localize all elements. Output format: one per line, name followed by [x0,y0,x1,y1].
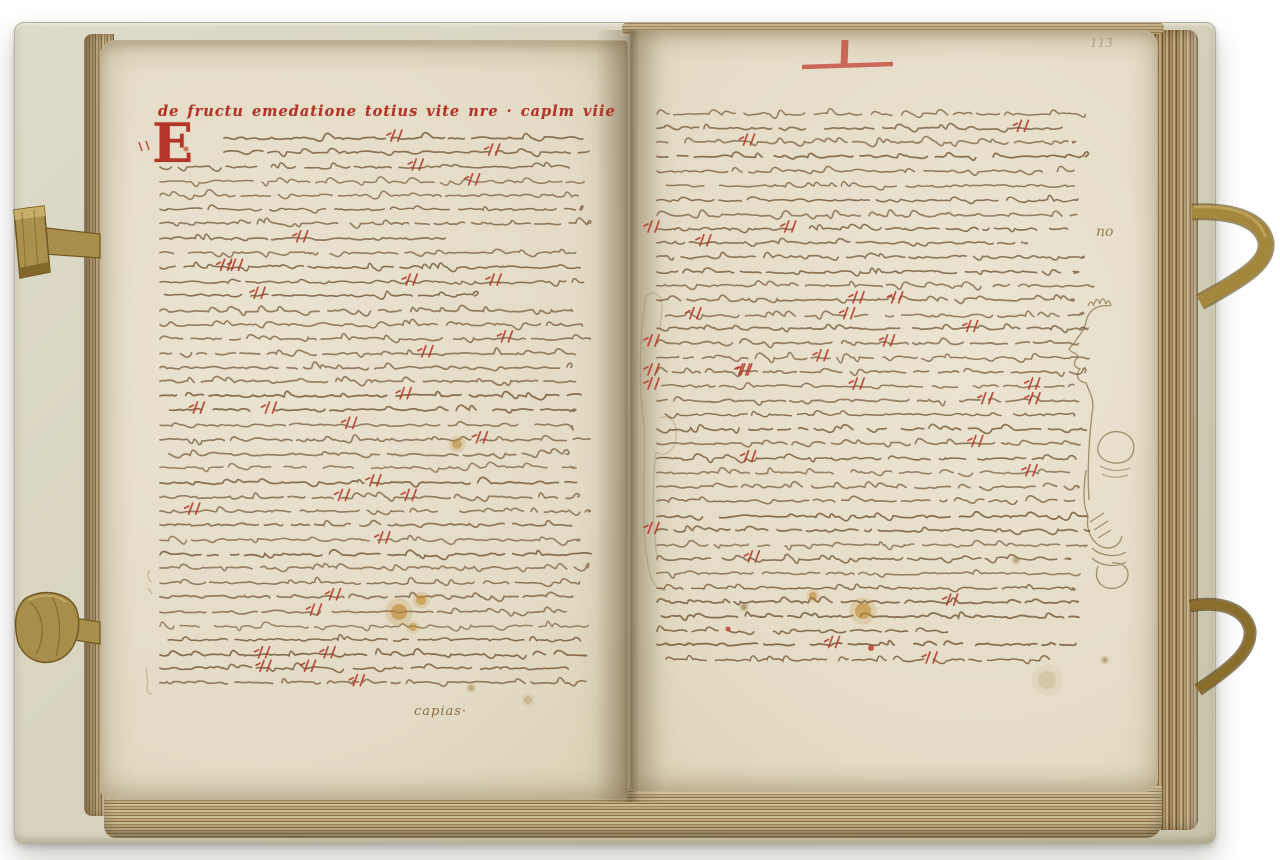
margin-note: no [1096,224,1113,240]
chapter-rubric: de fructu emedatione totius vite nre · c… [158,103,598,120]
manuscript-photo: de fructu emedatione totius vite nre · c… [0,0,1280,860]
catchword: capias· [414,704,467,719]
decorated-initial: E [152,116,193,170]
folio-number: 113 [1090,36,1113,50]
right-page [630,30,1158,792]
